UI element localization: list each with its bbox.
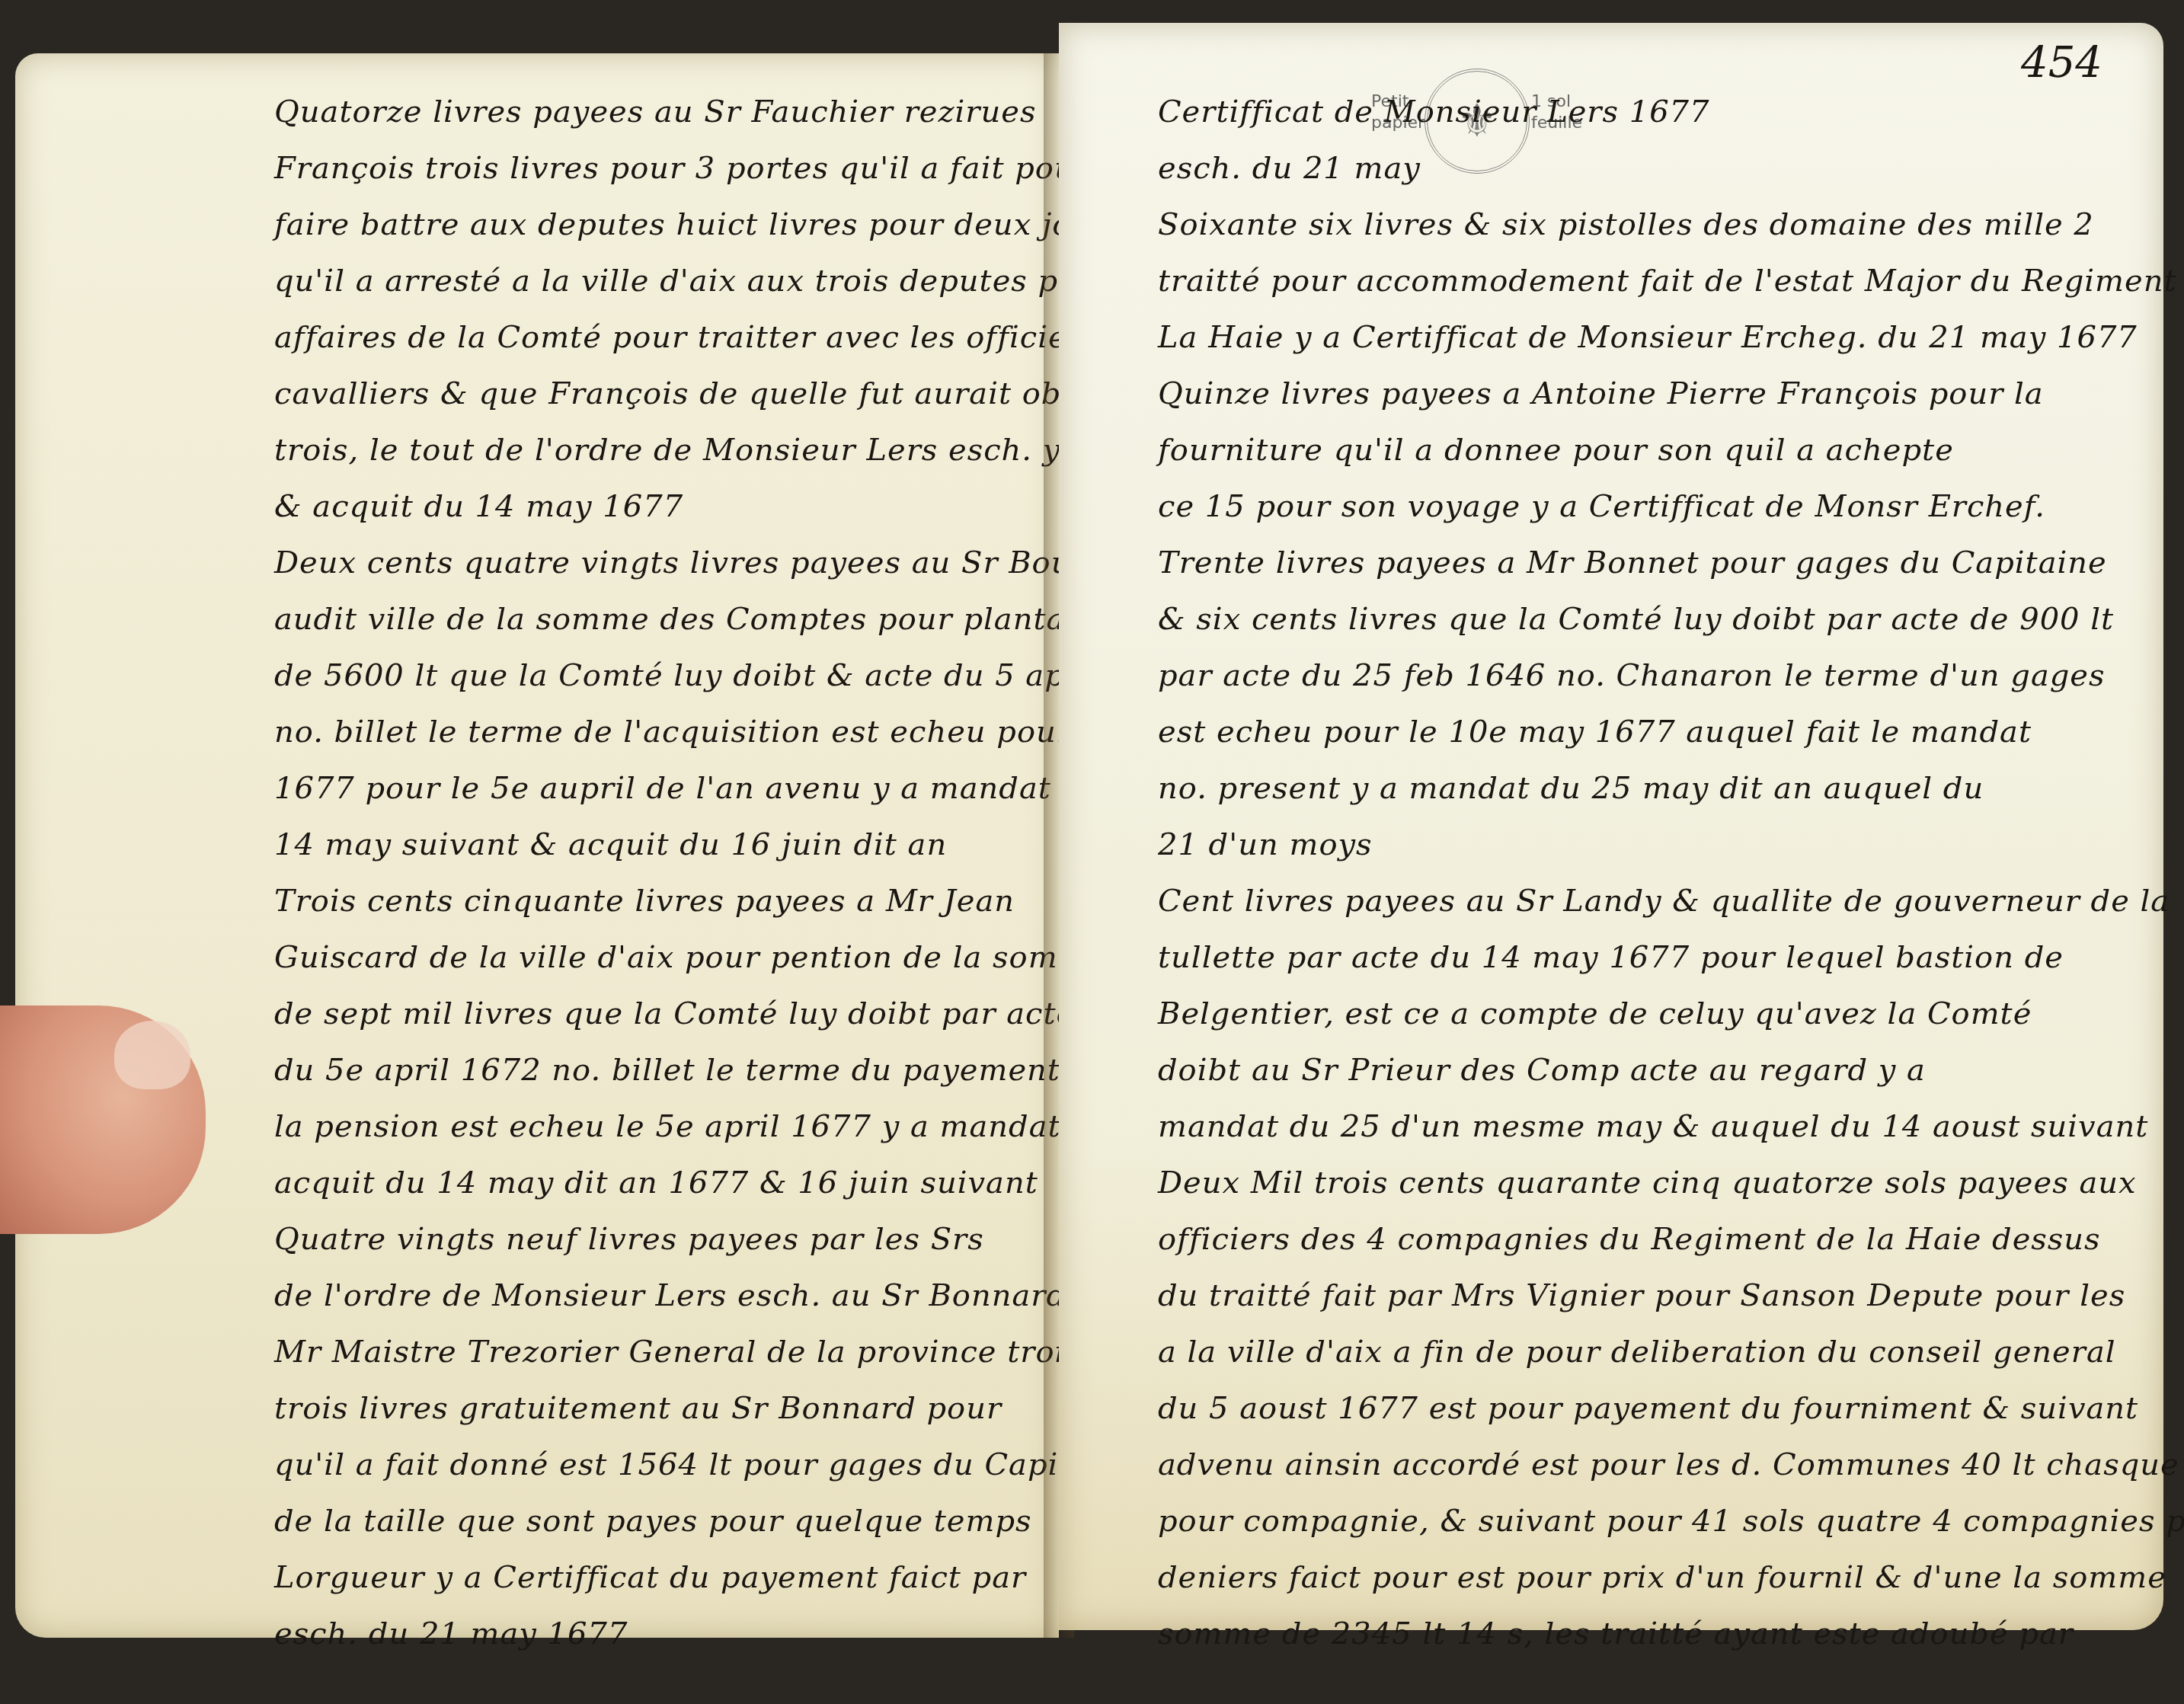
open-ledger-book: Quatorze livres payees au Sr Fauchier re… xyxy=(0,0,2184,1704)
manuscript-line: par acte du 25 feb 1646 no. Chanaron le … xyxy=(1158,647,2184,704)
manuscript-line: Trente livres payees a Mr Bonnet pour ga… xyxy=(1158,535,2184,591)
manuscript-line: a la ville d'aix a fin de pour deliberat… xyxy=(1158,1324,2184,1380)
manuscript-line: deniers faict pour est pour prix d'un fo… xyxy=(1158,1549,2184,1606)
manuscript-line: est echeu pour le 10e may 1677 auquel fa… xyxy=(1158,704,2184,760)
manuscript-line: ce 15 pour son voyage y a Certifficat de… xyxy=(1158,478,2184,535)
manuscript-line: traitté pour accommodement fait de l'est… xyxy=(1158,253,2184,309)
right-page-text: Certifficat de Monsieur Lers 1677 esch. … xyxy=(1158,84,2184,1662)
manuscript-line: du traitté fait par Mrs Vignier pour San… xyxy=(1158,1268,2184,1324)
left-page: Quatorze livres payees au Sr Fauchier re… xyxy=(15,53,1059,1638)
right-page: 454 Petit papier ⚜ 1 sol feuille Certiff… xyxy=(1059,23,2163,1630)
manuscript-line: advenu ainsin accordé est pour les d. Co… xyxy=(1158,1437,2184,1493)
manuscript-line: mandat du 25 d'un mesme may & auquel du … xyxy=(1158,1098,2184,1155)
manuscript-line: La Haie y a Certifficat de Monsieur Erch… xyxy=(1158,309,2184,366)
manuscript-line: esch. du 21 may xyxy=(1158,140,2184,197)
manuscript-line: 21 d'un moys xyxy=(1158,817,2184,873)
manuscript-line: tullette par acte du 14 may 1677 pour le… xyxy=(1158,929,2184,986)
thumbnail-nail xyxy=(114,1021,190,1089)
manuscript-line: Certifficat de Monsieur Lers 1677 xyxy=(1158,84,2184,140)
folio-number: 454 xyxy=(2021,38,2102,88)
manuscript-line: somme de 2345 lt 14 s, les traitté ayant… xyxy=(1158,1606,2184,1662)
manuscript-line: officiers des 4 compagnies du Regiment d… xyxy=(1158,1211,2184,1268)
manuscript-line: no. present y a mandat du 25 may dit an … xyxy=(1158,760,2184,817)
manuscript-line: & six cents livres que la Comté luy doib… xyxy=(1158,591,2184,647)
manuscript-line: doibt au Sr Prieur des Comp acte au rega… xyxy=(1158,1042,2184,1098)
manuscript-line: Deux Mil trois cents quarante cinq quato… xyxy=(1158,1155,2184,1211)
manuscript-line: Quinze livres payees a Antoine Pierre Fr… xyxy=(1158,366,2184,422)
manuscript-line: du 5 aoust 1677 est pour payement du fou… xyxy=(1158,1380,2184,1437)
manuscript-line: Belgentier, est ce a compte de celuy qu'… xyxy=(1158,986,2184,1042)
manuscript-line: Soixante six livres & six pistolles des … xyxy=(1158,197,2184,253)
manuscript-line: fourniture qu'il a donnee pour son quil … xyxy=(1158,422,2184,478)
manuscript-line: Cent livres payees au Sr Landy & quallit… xyxy=(1158,873,2184,929)
manuscript-line: pour compagnie, & suivant pour 41 sols q… xyxy=(1158,1493,2184,1549)
